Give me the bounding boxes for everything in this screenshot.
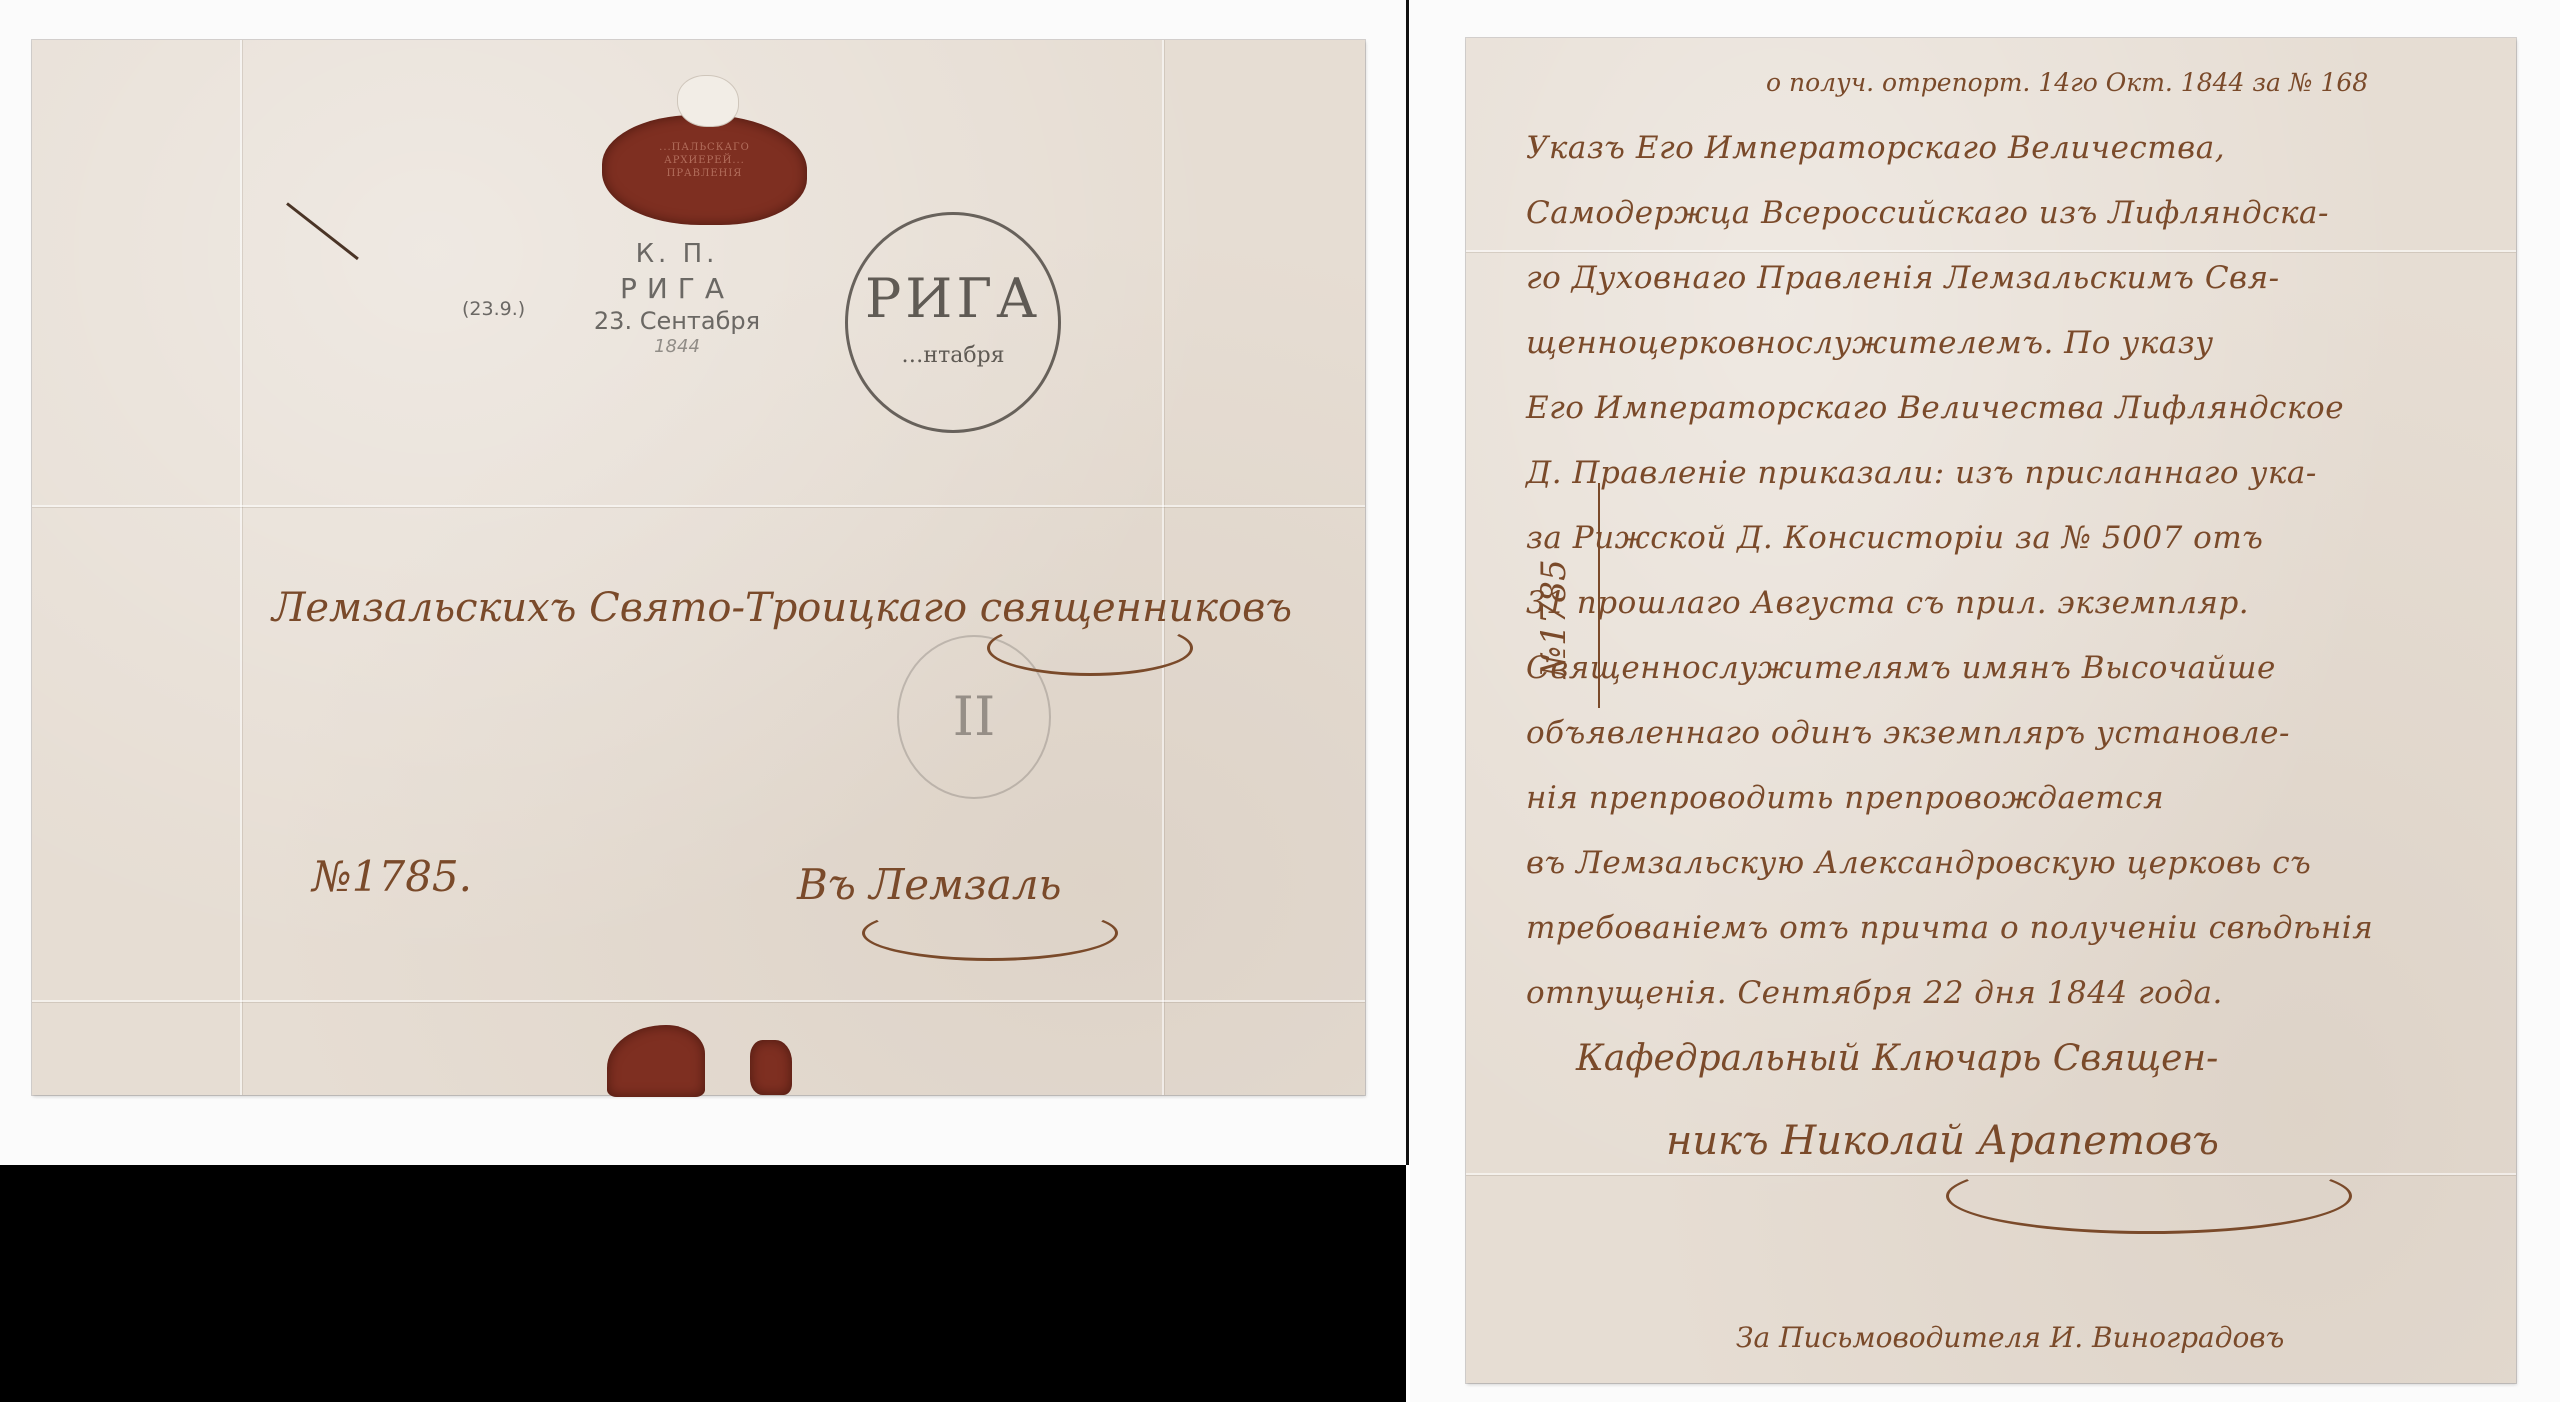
pencil-note-block: К. П. РИГА 23. Сентабря 1844 [572,238,782,358]
secretary-signature: За Письмоводителя И. Виноградовъ [1736,1321,2284,1354]
seal-text-line: ...ПАЛЬСКАГО [602,141,807,154]
letter-line: 31 прошлаго Августа съ прил. экземпляр. [1526,585,2249,621]
pencil-note-kp: К. П. [572,238,782,271]
pencil-note-year: 1844 [572,336,782,359]
fold-line [240,40,242,1095]
fold-line [32,1000,1365,1002]
letter-line: Самодержца Всероссийскаго изъ Лифляндска… [1526,195,2329,231]
signature-flourish [1946,1158,2352,1234]
letter-scan: о получ. отрепорт. 14го Окт. 1844 за № 1… [1410,0,2560,1402]
fold-line [1162,40,1164,1095]
riga-postmark: РИГА …нтабря [845,212,1061,433]
faint-postmark-text: II [899,685,1049,748]
letter-line: Его Императорскаго Величества Лифляндско… [1526,390,2344,426]
wax-seal-lower-right [750,1040,792,1095]
letter-line: Священнослужителямъ имянъ Высочайше [1526,650,2276,686]
fold-line [1466,250,2516,252]
envelope-scan: ...ПАЛЬСКАГО АРХИЕРЕЙ... ПРАВЛЕНІЯ (23.9… [0,0,1406,1165]
pencil-note-date-bracket: (23.9.) [462,298,525,322]
postmark-date: …нтабря [848,343,1058,368]
letter-line: въ Лемзальскую Александровскую церковь с… [1526,845,2311,881]
seal-text-line: ПРАВЛЕНІЯ [602,167,807,180]
letter-line: Д. Правленіе приказали: изъ присланнаго … [1526,455,2317,491]
postmark-city: РИГА [848,267,1058,330]
letter-line: нія препроводить препровождается [1526,780,2164,816]
envelope-paper: ...ПАЛЬСКАГО АРХИЕРЕЙ... ПРАВЛЕНІЯ (23.9… [32,40,1365,1095]
wax-seal-upper: ...ПАЛЬСКАГО АРХИЕРЕЙ... ПРАВЛЕНІЯ [602,115,807,225]
letter-line: щенноцерковнослужителемъ. По указу [1526,325,2214,361]
signature-title: Кафедральный Ключарь Священ- [1576,1038,2218,1079]
ink-check-mark [286,202,359,260]
letter-line: требованіемъ отъ причта о полученіи свѣд… [1526,910,2373,946]
letter-line: отпущенія. Сентября 22 дня 1844 года. [1526,975,2223,1011]
letter-line: Указъ Его Императорскаго Величества, [1526,130,2225,166]
letter-line: го Духовнаго Правленія Лемзальскимъ Свя- [1526,260,2280,296]
address-flourish [987,620,1193,676]
header-note: о получ. отрепорт. 14го Окт. 1844 за № 1… [1766,68,2368,97]
destination: Въ Лемзаль [797,860,1062,909]
pencil-note-city: РИГА [572,271,782,306]
scan-divider [1406,0,1409,1165]
reference-number: №1785. [312,852,472,901]
seal-text-line: АРХИЕРЕЙ... [602,154,807,167]
wax-seal-lower-left [607,1025,705,1097]
letter-line: объявленнаго одинъ экземпляръ установле- [1526,715,2290,751]
black-padding [0,1165,1406,1402]
letter-line: за Рижской Д. Консисторіи за № 5007 отъ [1526,520,2263,556]
torn-paper-flap [677,75,739,127]
fold-line [32,505,1365,507]
letter-paper: о получ. отрепорт. 14го Окт. 1844 за № 1… [1466,38,2516,1383]
destination-flourish [862,905,1118,961]
pencil-note-date: 23. Сентабря [572,306,782,336]
